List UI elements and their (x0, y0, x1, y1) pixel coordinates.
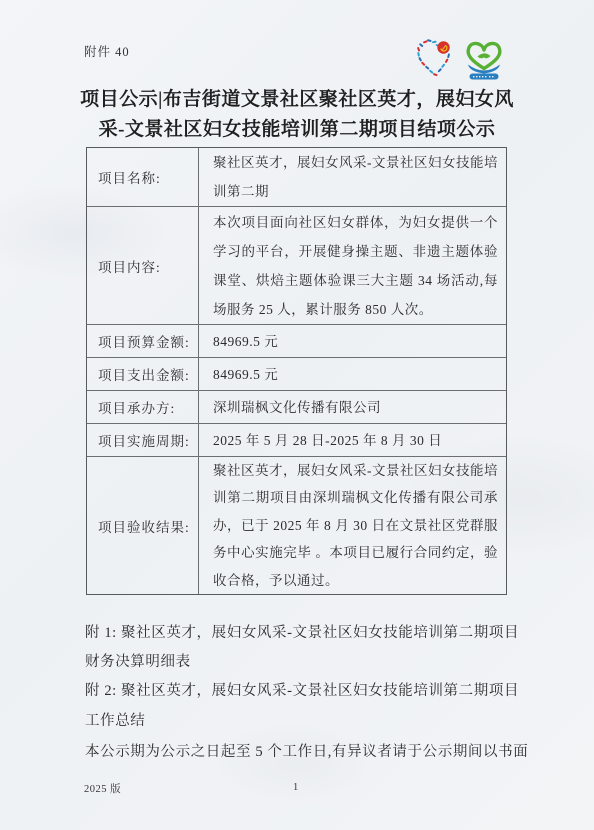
table-row-acceptance-result: 项目验收结果: 聚社区英才，展妇女风采-文景社区妇女技能培训第二期项目由深圳瑞枫… (87, 456, 506, 594)
project-details-table: 项目名称: 聚社区英才，展妇女风采-文景社区妇女技能培训第二期 项目内容: 本次… (86, 147, 507, 595)
header-logos (413, 38, 506, 90)
row-value: 本次项目面向社区妇女群体，为妇女提供一个学习的平台，开展健身操主题、非遗主题体验… (199, 207, 506, 324)
table-row-undertaker: 项目承办方: 深圳瑞枫文化传播有限公司 (87, 390, 506, 423)
row-value-text: 84969.5 元 (213, 360, 278, 389)
row-value: 聚社区英才，展妇女风采-文景社区妇女技能培训第二期项目由深圳瑞枫文化传播有限公司… (199, 457, 506, 594)
row-label: 项目支出金额: (87, 358, 199, 390)
attachment-2-line-1: 附 2: 聚社区英才，展妇女风采-文景社区妇女技能培训第二期项目 (85, 677, 519, 706)
row-value: 84969.5 元 (199, 325, 506, 357)
row-label: 项目预算金额: (87, 325, 199, 357)
row-value-text: 84969.5 元 (213, 327, 278, 356)
page-number: 1 (293, 782, 298, 793)
version-label: 2025 版 (84, 781, 121, 796)
row-value: 2025 年 5 月 28 日-2025 年 8 月 30 日 (199, 424, 506, 456)
community-care-heart-logo-icon (462, 38, 506, 90)
table-row-project-content: 项目内容: 本次项目面向社区妇女群体，为妇女提供一个学习的平台，开展健身操主题、… (87, 206, 506, 324)
document-title-line-1: 项目公示|布吉街道文景社区聚社区英才，展妇女风 (80, 85, 514, 115)
row-value-text: 本次项目面向社区妇女群体，为妇女提供一个学习的平台，开展健身操主题、非遗主题体验… (213, 208, 498, 324)
table-row-implementation-period: 项目实施周期: 2025 年 5 月 28 日-2025 年 8 月 30 日 (87, 423, 506, 456)
attachment-1-line-2: 财务决算明细表 (85, 648, 519, 677)
table-row-expenditure-amount: 项目支出金额: 84969.5 元 (87, 357, 506, 390)
document-title-line-2: 采-文景社区妇女技能培训第二期项目结项公示 (80, 115, 514, 145)
table-row-project-name: 项目名称: 聚社区英才，展妇女风采-文景社区妇女技能培训第二期 (87, 148, 506, 206)
row-value-text: 2025 年 5 月 28 日-2025 年 8 月 30 日 (213, 426, 442, 455)
publicity-period-notice: 本公示期为公示之日起至 5 个工作日,有异议者请于公示期间以书面 (85, 740, 528, 761)
row-value-text: 聚社区英才，展妇女风采-文景社区妇女技能培训第二期 (213, 148, 498, 206)
row-label: 项目验收结果: (87, 457, 199, 594)
row-label: 项目名称: (87, 148, 199, 206)
table-row-budget-amount: 项目预算金额: 84969.5 元 (87, 324, 506, 357)
row-value: 84969.5 元 (199, 358, 506, 390)
party-heart-logo-icon (413, 38, 455, 85)
row-label: 项目内容: (87, 207, 199, 324)
row-value: 聚社区英才，展妇女风采-文景社区妇女技能培训第二期 (199, 148, 506, 206)
row-value-text: 聚社区英才，展妇女风采-文景社区妇女技能培训第二期项目由深圳瑞枫文化传播有限公司… (213, 457, 498, 594)
attachment-2-line-2: 工作总结 (85, 707, 519, 736)
attachments-list: 附 1: 聚社区英才，展妇女风采-文景社区妇女技能培训第二期项目 财务决算明细表… (85, 619, 519, 736)
row-label: 项目实施周期: (87, 424, 199, 456)
attachment-number-label: 附件 40 (84, 42, 130, 60)
row-value-text: 深圳瑞枫文化传播有限公司 (213, 393, 381, 422)
attachment-1-line-1: 附 1: 聚社区英才，展妇女风采-文景社区妇女技能培训第二期项目 (85, 619, 519, 648)
document-title: 项目公示|布吉街道文景社区聚社区英才，展妇女风 采-文景社区妇女技能培训第二期项… (80, 85, 514, 145)
row-label: 项目承办方: (87, 391, 199, 423)
scanned-document-page: 附件 40 (0, 0, 594, 830)
row-value: 深圳瑞枫文化传播有限公司 (199, 391, 506, 423)
